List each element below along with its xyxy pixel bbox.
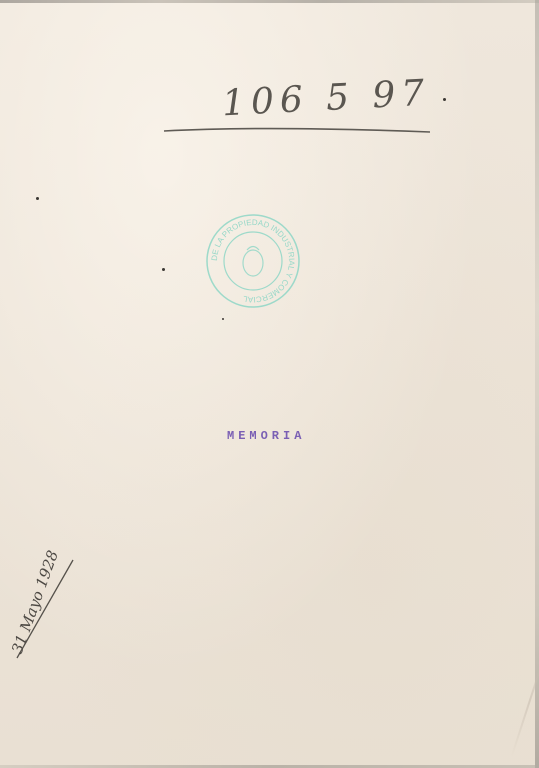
ink-speck	[222, 318, 224, 320]
paper-edge-right	[535, 0, 539, 768]
paper-edge-top	[0, 0, 539, 3]
svg-text:DE LA PROPIEDAD INDUSTRIAL Y C: DE LA PROPIEDAD INDUSTRIAL Y COMERCIAL	[210, 218, 296, 304]
document-page: 106 5 97 DE LA PROPIEDAD INDUSTRIAL Y CO…	[0, 0, 539, 768]
stamp-text: DE LA PROPIEDAD INDUSTRIAL Y COMERCIAL	[210, 218, 296, 304]
seal-stamp-icon: DE LA PROPIEDAD INDUSTRIAL Y COMERCIAL	[205, 213, 301, 309]
document-title: MEMORIA	[227, 429, 305, 443]
reference-underline	[162, 126, 430, 134]
reference-number: 106 5 97	[221, 73, 431, 125]
ink-speck	[162, 268, 165, 271]
ink-speck	[36, 197, 39, 200]
ink-speck	[443, 98, 446, 101]
